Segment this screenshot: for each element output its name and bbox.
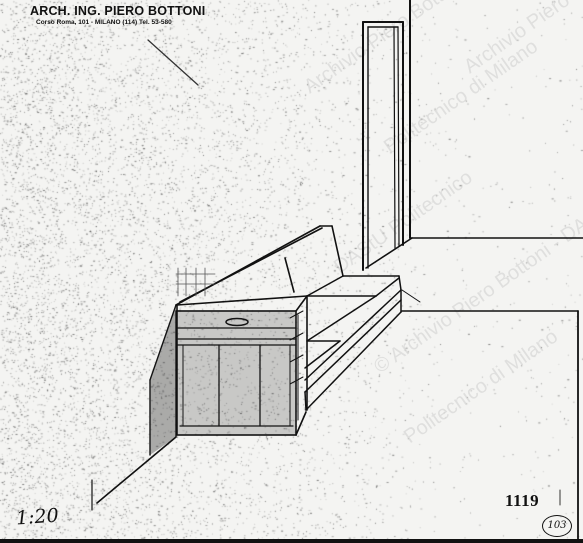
scale-label: 1:20 [15,505,59,530]
perspective-drawing [0,0,583,543]
door-frame [363,22,403,270]
scanned-drawing-sheet: Archivio Piero BottoniPolitecnico di Mil… [0,0,583,543]
drawing-number: 1119 [505,491,539,511]
sofa-backrest [176,226,343,305]
sofa-seat [305,276,401,410]
scan-border-bottom [0,539,583,543]
pencil-mark [148,40,198,85]
architect-address: Corso Roma, 101 - MILANO (114) Tel. 53-5… [36,19,205,26]
sheet-number-circle: 103 [542,515,572,537]
cabinet-shading [150,305,296,455]
architect-name: ARCH. ING. PIERO BOTTONI [30,4,205,18]
letterhead: ARCH. ING. PIERO BOTTONI Corso Roma, 101… [30,4,205,26]
faint-sketch-grid [176,268,215,296]
